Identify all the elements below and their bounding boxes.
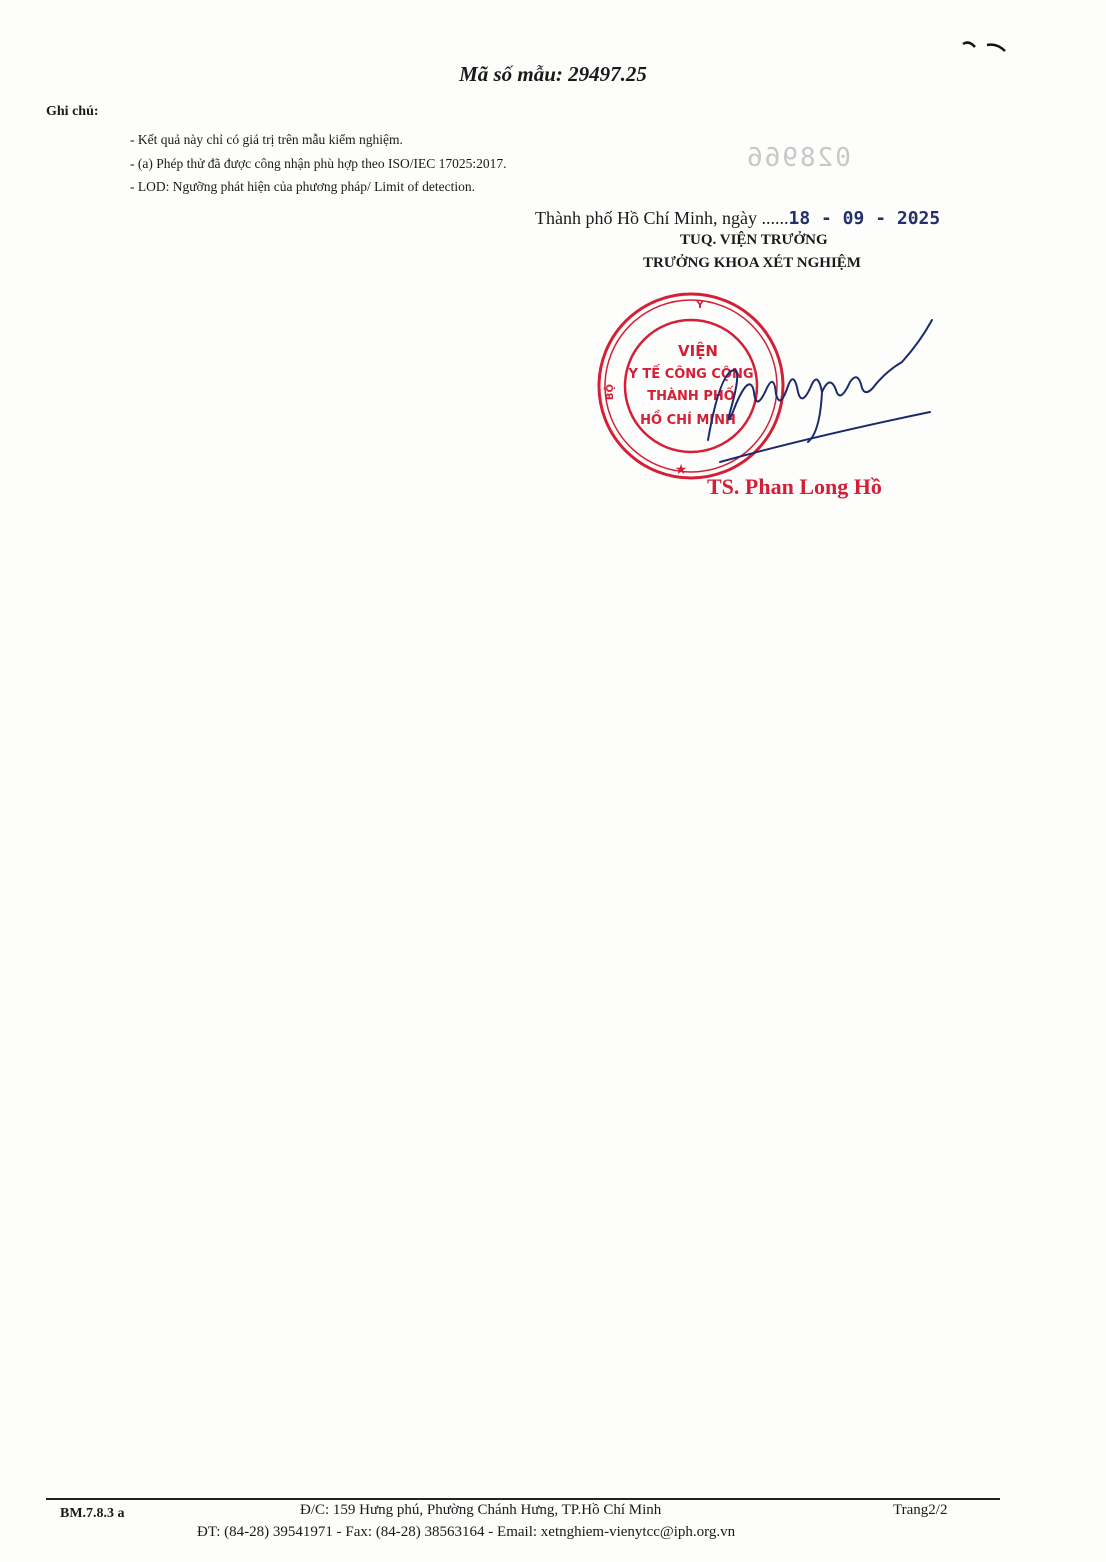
note-item: - LOD: Ngưỡng phát hiện của phương pháp/… (130, 175, 506, 199)
signer-name: TS. Phan Long Hồ (707, 474, 882, 500)
star-icon: ★ (675, 462, 688, 478)
footer-contact: ĐT: (84-28) 39541971 - Fax: (84-28) 3856… (197, 1524, 735, 1541)
date-stamp: 18 - 09 - 2025 (789, 208, 941, 229)
handwritten-signature (690, 312, 940, 482)
footer-form-code: BM.7.8.3 a (60, 1506, 125, 1522)
scan-marks (955, 36, 1015, 56)
note-item: - (a) Phép thử đã được công nhận phù hợp… (130, 152, 506, 176)
footer-address: Đ/C: 159 Hưng phú, Phường Chánh Hưng, TP… (300, 1502, 661, 1519)
footer-page-number: Trang2/2 (893, 1502, 947, 1519)
notes-list: - Kết quả này chỉ có giá trị trên mẫu ki… (130, 128, 506, 199)
place-date-prefix: Thành phố Hồ Chí Minh, ngày ...... (535, 208, 789, 228)
note-item: - Kết quả này chỉ có giá trị trên mẫu ki… (130, 128, 506, 152)
stamp-side-text: BỘ (603, 384, 616, 400)
place-and-date: Thành phố Hồ Chí Minh, ngày ......18 - 0… (535, 208, 940, 229)
notes-title: Ghi chú: (46, 104, 99, 120)
signatory-role-2: TRƯỞNG KHOA XÉT NGHIỆM (643, 255, 861, 272)
footer-divider (46, 1498, 1000, 1500)
sample-code: Mã số mẫu: 29497.25 (0, 62, 1106, 87)
bleed-through-serial-number: 028966 (745, 143, 851, 173)
stamp-top-letter: Y (695, 300, 704, 311)
signatory-role-1: TUQ. VIỆN TRƯỞNG (680, 232, 828, 249)
